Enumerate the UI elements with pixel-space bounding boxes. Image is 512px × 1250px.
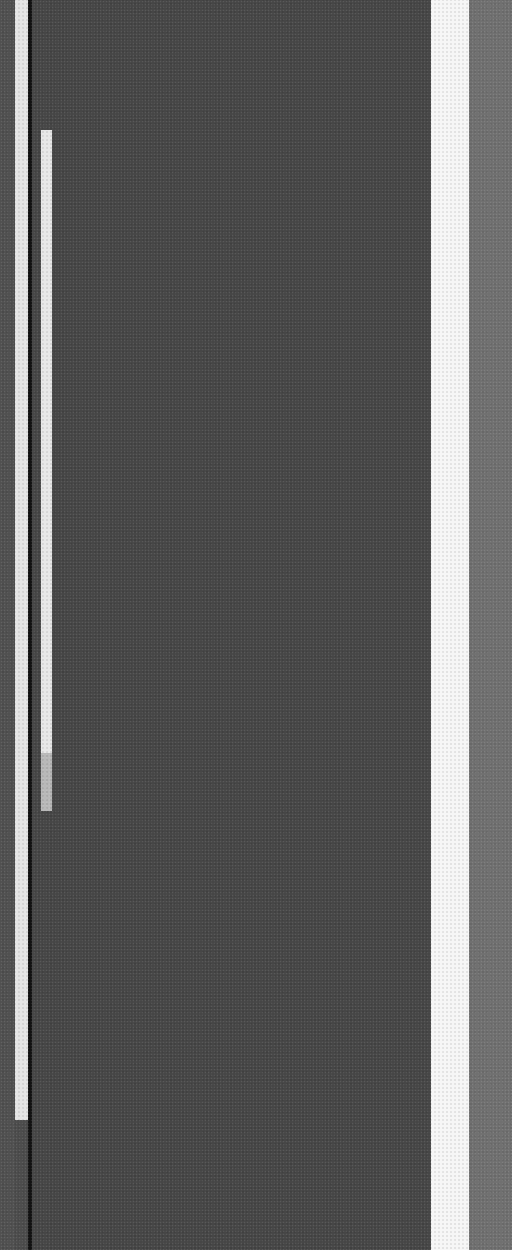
asphalt-texture — [0, 0, 512, 1250]
road-scene — [0, 0, 512, 1250]
